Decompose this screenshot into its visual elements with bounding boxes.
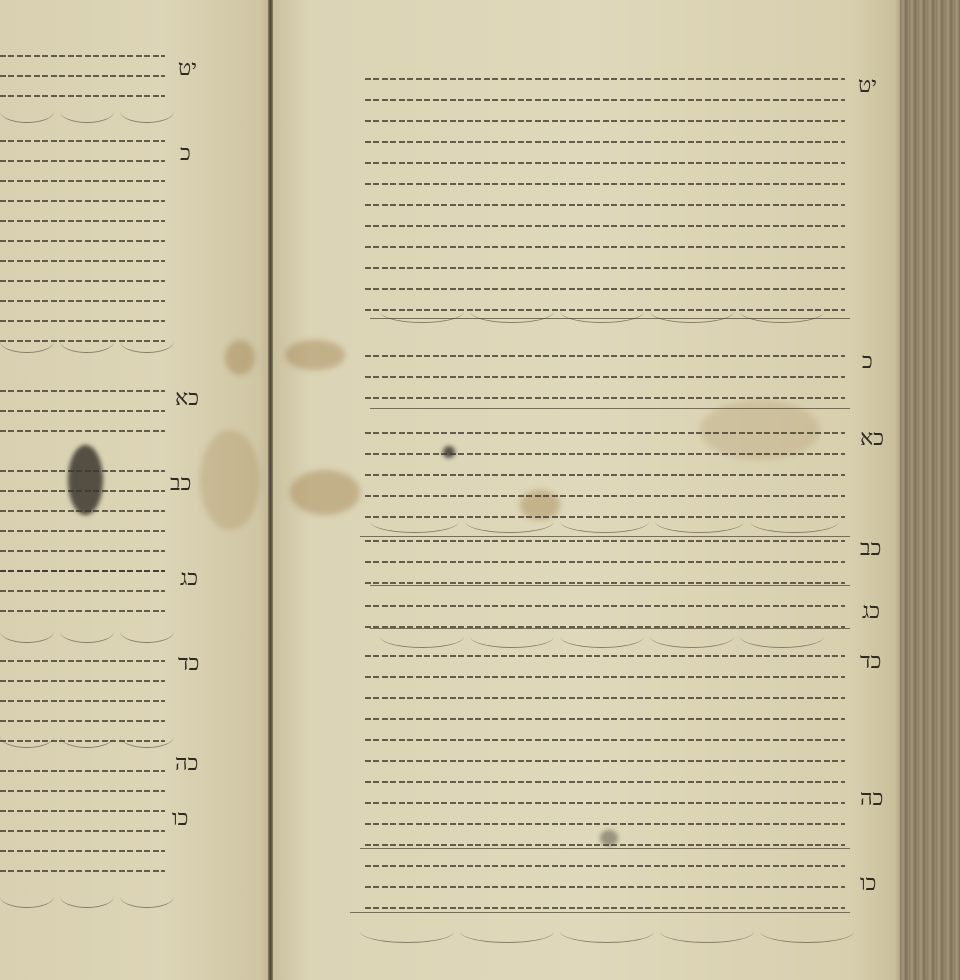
stain: [225, 340, 255, 375]
script-line: [365, 605, 845, 607]
marginal-numeral: כא: [860, 425, 884, 451]
script-line: [365, 760, 845, 762]
script-line: [365, 225, 845, 227]
script-line: [0, 200, 165, 202]
script-line: [0, 240, 165, 242]
script-line: [365, 141, 845, 143]
script-line: [0, 470, 165, 472]
script-line: [365, 120, 845, 122]
separator-rule: [350, 912, 850, 913]
book-gutter: [268, 0, 273, 980]
scroll-flourish: [560, 920, 654, 943]
script-line: [0, 430, 165, 432]
script-line: [0, 260, 165, 262]
stain: [200, 430, 260, 530]
script-line: [0, 850, 165, 852]
script-line: [0, 390, 165, 392]
script-line: [365, 561, 845, 563]
script-line: [365, 697, 845, 699]
scroll-flourish: [740, 300, 824, 323]
script-line: [365, 655, 845, 657]
script-line: [0, 870, 165, 872]
script-line: [365, 823, 845, 825]
scroll-flourish: [0, 100, 54, 123]
scroll-flourish: [470, 625, 554, 648]
script-line: [365, 397, 845, 399]
script-line: [0, 160, 165, 162]
script-line: [365, 886, 845, 888]
script-line: [0, 95, 165, 97]
scroll-flourish: [560, 625, 644, 648]
script-line: [0, 510, 165, 512]
script-line: [0, 320, 165, 322]
marginal-numeral: כ: [180, 140, 191, 166]
right-page: [272, 0, 902, 980]
script-line: [365, 865, 845, 867]
scroll-flourish: [560, 510, 649, 533]
script-line: [0, 570, 165, 572]
scroll-flourish: [560, 300, 644, 323]
script-line: [0, 700, 165, 702]
script-line: [365, 844, 845, 846]
scroll-flourish: [120, 885, 174, 908]
marginal-numeral: כה: [860, 785, 883, 811]
separator-rule: [360, 848, 850, 849]
script-line: [0, 530, 165, 532]
script-line: [0, 770, 165, 772]
scroll-flourish: [760, 920, 854, 943]
script-line: [0, 410, 165, 412]
separator-rule: [370, 408, 850, 409]
scroll-flourish: [460, 920, 554, 943]
script-line: [365, 267, 845, 269]
scroll-flourish: [60, 100, 114, 123]
marginal-numeral: יט: [858, 72, 877, 98]
scroll-flourish: [120, 100, 174, 123]
script-line: [0, 660, 165, 662]
scroll-flourish: [650, 300, 734, 323]
script-line: [365, 676, 845, 678]
script-line: [365, 288, 845, 290]
scroll-flourish: [60, 620, 114, 643]
scroll-flourish: [60, 885, 114, 908]
scroll-flourish: [740, 625, 824, 648]
script-line: [0, 550, 165, 552]
script-line: [0, 55, 165, 57]
page-edges: [900, 0, 960, 980]
script-line: [365, 183, 845, 185]
script-line: [0, 75, 165, 77]
script-line: [365, 495, 845, 497]
marginal-numeral: כג: [862, 598, 880, 624]
marginal-numeral: כו: [860, 870, 876, 896]
stain: [700, 400, 820, 460]
script-line: [365, 718, 845, 720]
scroll-flourish: [120, 620, 174, 643]
scroll-flourish: [750, 510, 839, 533]
stain: [290, 470, 360, 515]
ink-blot: [68, 445, 103, 515]
stain: [285, 340, 345, 370]
scroll-flourish: [465, 510, 554, 533]
marginal-numeral: כה: [175, 750, 198, 776]
scroll-flourish: [120, 725, 174, 748]
marginal-numeral: כד: [178, 650, 199, 676]
script-line: [365, 453, 845, 455]
script-line: [365, 739, 845, 741]
ink-blot: [443, 446, 455, 458]
script-line: [365, 355, 845, 357]
scroll-flourish: [370, 510, 459, 533]
marginal-numeral: כו: [172, 805, 188, 831]
script-line: [0, 280, 165, 282]
script-line: [365, 432, 845, 434]
marginal-numeral: כג: [180, 565, 198, 591]
script-line: [365, 162, 845, 164]
scroll-flourish: [0, 620, 54, 643]
scroll-flourish: [60, 330, 114, 353]
scroll-flourish: [655, 510, 744, 533]
script-line: [0, 830, 165, 832]
scroll-flourish: [650, 625, 734, 648]
marginal-numeral: כב: [170, 470, 191, 496]
manuscript-spread: יט כ כא כב כג כד כה כו יט כ כא כב כג כד …: [0, 0, 960, 980]
marginal-numeral: כד: [860, 648, 881, 674]
scroll-flourish: [0, 725, 54, 748]
script-line: [365, 78, 845, 80]
scroll-flourish: [660, 920, 754, 943]
scroll-flourish: [0, 885, 54, 908]
scroll-flourish: [380, 300, 464, 323]
marginal-numeral: יט: [178, 55, 197, 81]
script-line: [365, 907, 845, 909]
script-line: [365, 99, 845, 101]
separator-rule: [370, 585, 850, 586]
scroll-flourish: [360, 920, 454, 943]
script-line: [0, 680, 165, 682]
scroll-flourish: [120, 330, 174, 353]
scroll-flourish: [0, 330, 54, 353]
script-line: [0, 720, 165, 722]
script-line: [0, 140, 165, 142]
script-line: [0, 790, 165, 792]
marginal-numeral: כב: [860, 535, 881, 561]
script-line: [0, 180, 165, 182]
script-line: [0, 610, 165, 612]
scroll-flourish: [60, 725, 114, 748]
script-line: [0, 810, 165, 812]
script-line: [365, 781, 845, 783]
scroll-flourish: [470, 300, 554, 323]
script-line: [0, 220, 165, 222]
separator-rule: [360, 536, 850, 537]
scroll-flourish: [380, 625, 464, 648]
script-line: [365, 246, 845, 248]
script-line: [365, 540, 845, 542]
marginal-numeral: כא: [175, 385, 199, 411]
script-line: [365, 582, 845, 584]
script-line: [0, 300, 165, 302]
marginal-numeral: כ: [862, 348, 873, 374]
script-line: [365, 376, 845, 378]
script-line: [0, 590, 165, 592]
script-line: [365, 474, 845, 476]
script-line: [0, 490, 165, 492]
script-line: [365, 802, 845, 804]
script-line: [365, 204, 845, 206]
